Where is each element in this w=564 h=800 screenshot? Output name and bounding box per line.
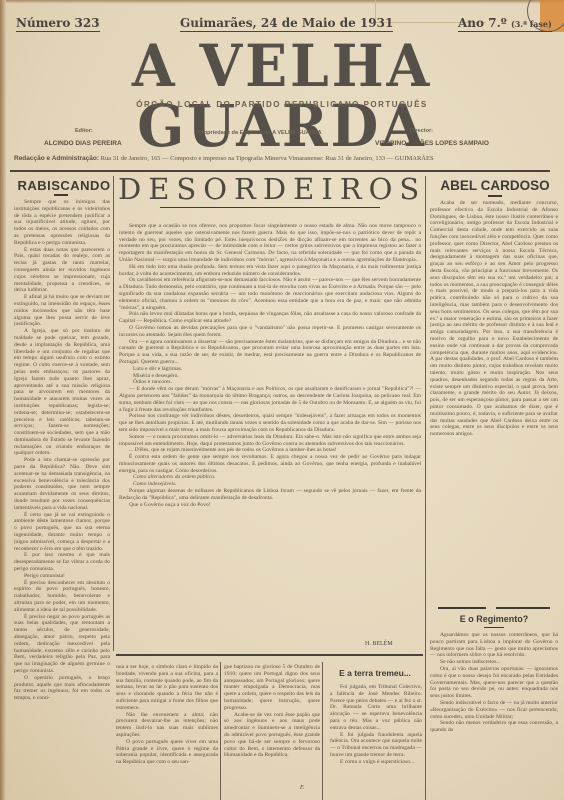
ornament-rule [496,607,550,609]
paragraph: Os cavalheiros em referência afiguram-se… [119,277,421,311]
paragraph: E por isso mesmo é que mais desesperadam… [14,552,110,572]
abel-cardoso-body: Acaba de ser nomeado, mediante concurso,… [430,200,558,596]
director-name: VITORINO SIMÕES LOPES SAMPAIO [375,140,489,147]
property-line: Propriedade da Empresa de A VELHA GUARDA [198,130,321,136]
column-rule [322,662,323,800]
desordeiros-body: Sempre que a ocasião se nos oferece, nos… [119,223,421,643]
paragraph: O Govêrno tomou as devidas precauções pa… [119,325,421,339]
paragraph: Como alteradores da ordem pública. [119,474,421,481]
issue-year: Ano 7.º (3.ª fase) [458,16,552,32]
redaccao-line: Redacção e Administração: Rua 31 de Jane… [14,155,549,162]
regimento-title: E o Regimento? [430,614,558,624]
paragraph: É certo que já se vai extinguindo o ambi… [14,512,110,553]
rabiscando-continuation-2: gue baptizou no glorioso 5 de Outubro de… [224,664,320,784]
rabiscando-title: RABISCANDO [14,178,114,193]
regimento-body: Aguardámos que os nossos conterrâneos, q… [430,632,558,800]
editor-label: Editor: [75,128,93,134]
desordeiros-title: DESORDEIROS [118,172,423,206]
newspaper-subtitle: ÓRGÃO LOCAL DO PARTIDO REPUBLICANO PORTU… [0,100,564,109]
paragraph: nua a ser hoje, o símbolo claro e límpid… [116,664,218,712]
issue-date: Guimarães, 24 de Maio de 1931 [180,16,393,32]
paragraph: A Igreja, que só por instinto de maldade… [14,328,110,457]
redaccao-label: Redacção e Administração: [14,155,99,162]
paragraph: E como o vulgo é supersticioso... [330,759,422,766]
paragraph: Sempre que os inimigos das instituições … [14,199,110,247]
paragraph: Pode a isto chamar-se opressão por parte… [14,457,110,511]
year-label: Ano 7.º [458,16,507,30]
paragraph: Porque algumas dezenas de milhares de Re… [119,488,421,502]
ornament-rule [438,607,486,609]
paragraph: Acabe-se de vez com êsse papão que só ao… [224,712,320,760]
paragraph: Sendo indiscutível o facto de — na já mu… [430,700,558,720]
paragraph: Ora — e agora continuamos a dissertar — … [119,339,421,366]
paragraph: Sendo não menos verdadeiro que essa conc… [430,720,558,734]
director-label: Director: [410,128,433,134]
continuation-signature: F. [300,785,304,791]
newspaper-title: A VELHA GUARDA [14,36,550,156]
paragraph: É preciso negar ao povo português as sua… [14,614,110,675]
paragraph: Luto e dôr e lágrimas. [119,366,421,373]
terra-tremeu-body: Foi julgada, em Tribunal Colectivo, a fa… [330,684,422,800]
column-rule [425,176,426,800]
paragraph: gue baptizou no glorioso 5 de Outubro de… [224,664,320,712]
column-rule [113,176,114,651]
paragraph: Porisso nos confrange vêr indivíduos dês… [119,413,421,433]
redaccao-text: Rua 31 de Janeiro, 165 — Composto e impr… [101,155,434,162]
rabiscando-body: Sempre que os inimigos das instituições … [14,199,110,799]
paragraph: O povo português quere viver em uma Pátr… [116,739,218,766]
abel-cardoso-title: ABEL CARDOSO [430,178,560,193]
paragraph: Foi julgada, em Tribunal Colectivo, a fa… [330,684,422,732]
paragraph: Se não somos indiscretos... [430,659,558,666]
column-rule [220,662,221,800]
paragraph: E afinal já há muito que se deviam ter e… [14,294,110,328]
paragraph: É preciso desconhecer em absoluto o espí… [14,580,110,614]
paragraph: Aguardámos que os nossos conterrâneos, q… [430,632,558,659]
paragraph: Perigo comunista! [14,573,110,580]
paragraph: Ora, aí vão duas palavras oportunas: — i… [430,666,558,700]
desordeiros-signature: H. BELÉM [365,641,393,647]
phase-label: (3.ª fase) [511,19,552,29]
title-rule [160,207,380,208]
paragraph: Há em tudo isto uma ilusão profunda. Sem… [119,264,421,278]
paragraph: — E donde vêm os que deram "mórras" à Ma… [119,386,421,413]
rabiscando-continuation: nua a ser hoje, o símbolo claro e límpid… [116,664,218,800]
paragraph: Pois não levou mui dilatadas horas que a… [119,311,421,325]
terra-tremeu-title: E a terra tremeu... [326,668,424,678]
paragraph: E estas duas notas que parecerem o País,… [14,247,110,295]
paragraph: Que o Govêrno ouça a voz do Povo! [119,502,421,509]
section-rule [116,654,423,656]
title-dash [488,195,502,197]
paragraph: E foi julgada fraudulenta aquela falênci… [330,732,422,759]
paragraph: Acaba de ser nomeado, mediante concurso,… [430,200,558,438]
title-dash [484,627,504,628]
issue-number: Número 323 [16,16,100,32]
paragraph: O operário português, o braço produtor, … [14,675,110,702]
binding-edge [0,0,6,800]
paragraph: Somos — e nunca procuramos omiti-lo — ad… [119,434,421,448]
paragraph: Não lhe envenenem a alma; não procurem d… [116,712,218,739]
editor-name: ALCINDO DIAS PEREIRA [44,140,122,147]
title-dash [54,194,68,196]
paragraph: Sempre que a ocasião se nos oferece, nos… [119,223,421,264]
paragraph: É contra esta ordem de gente que sempre … [119,454,421,474]
